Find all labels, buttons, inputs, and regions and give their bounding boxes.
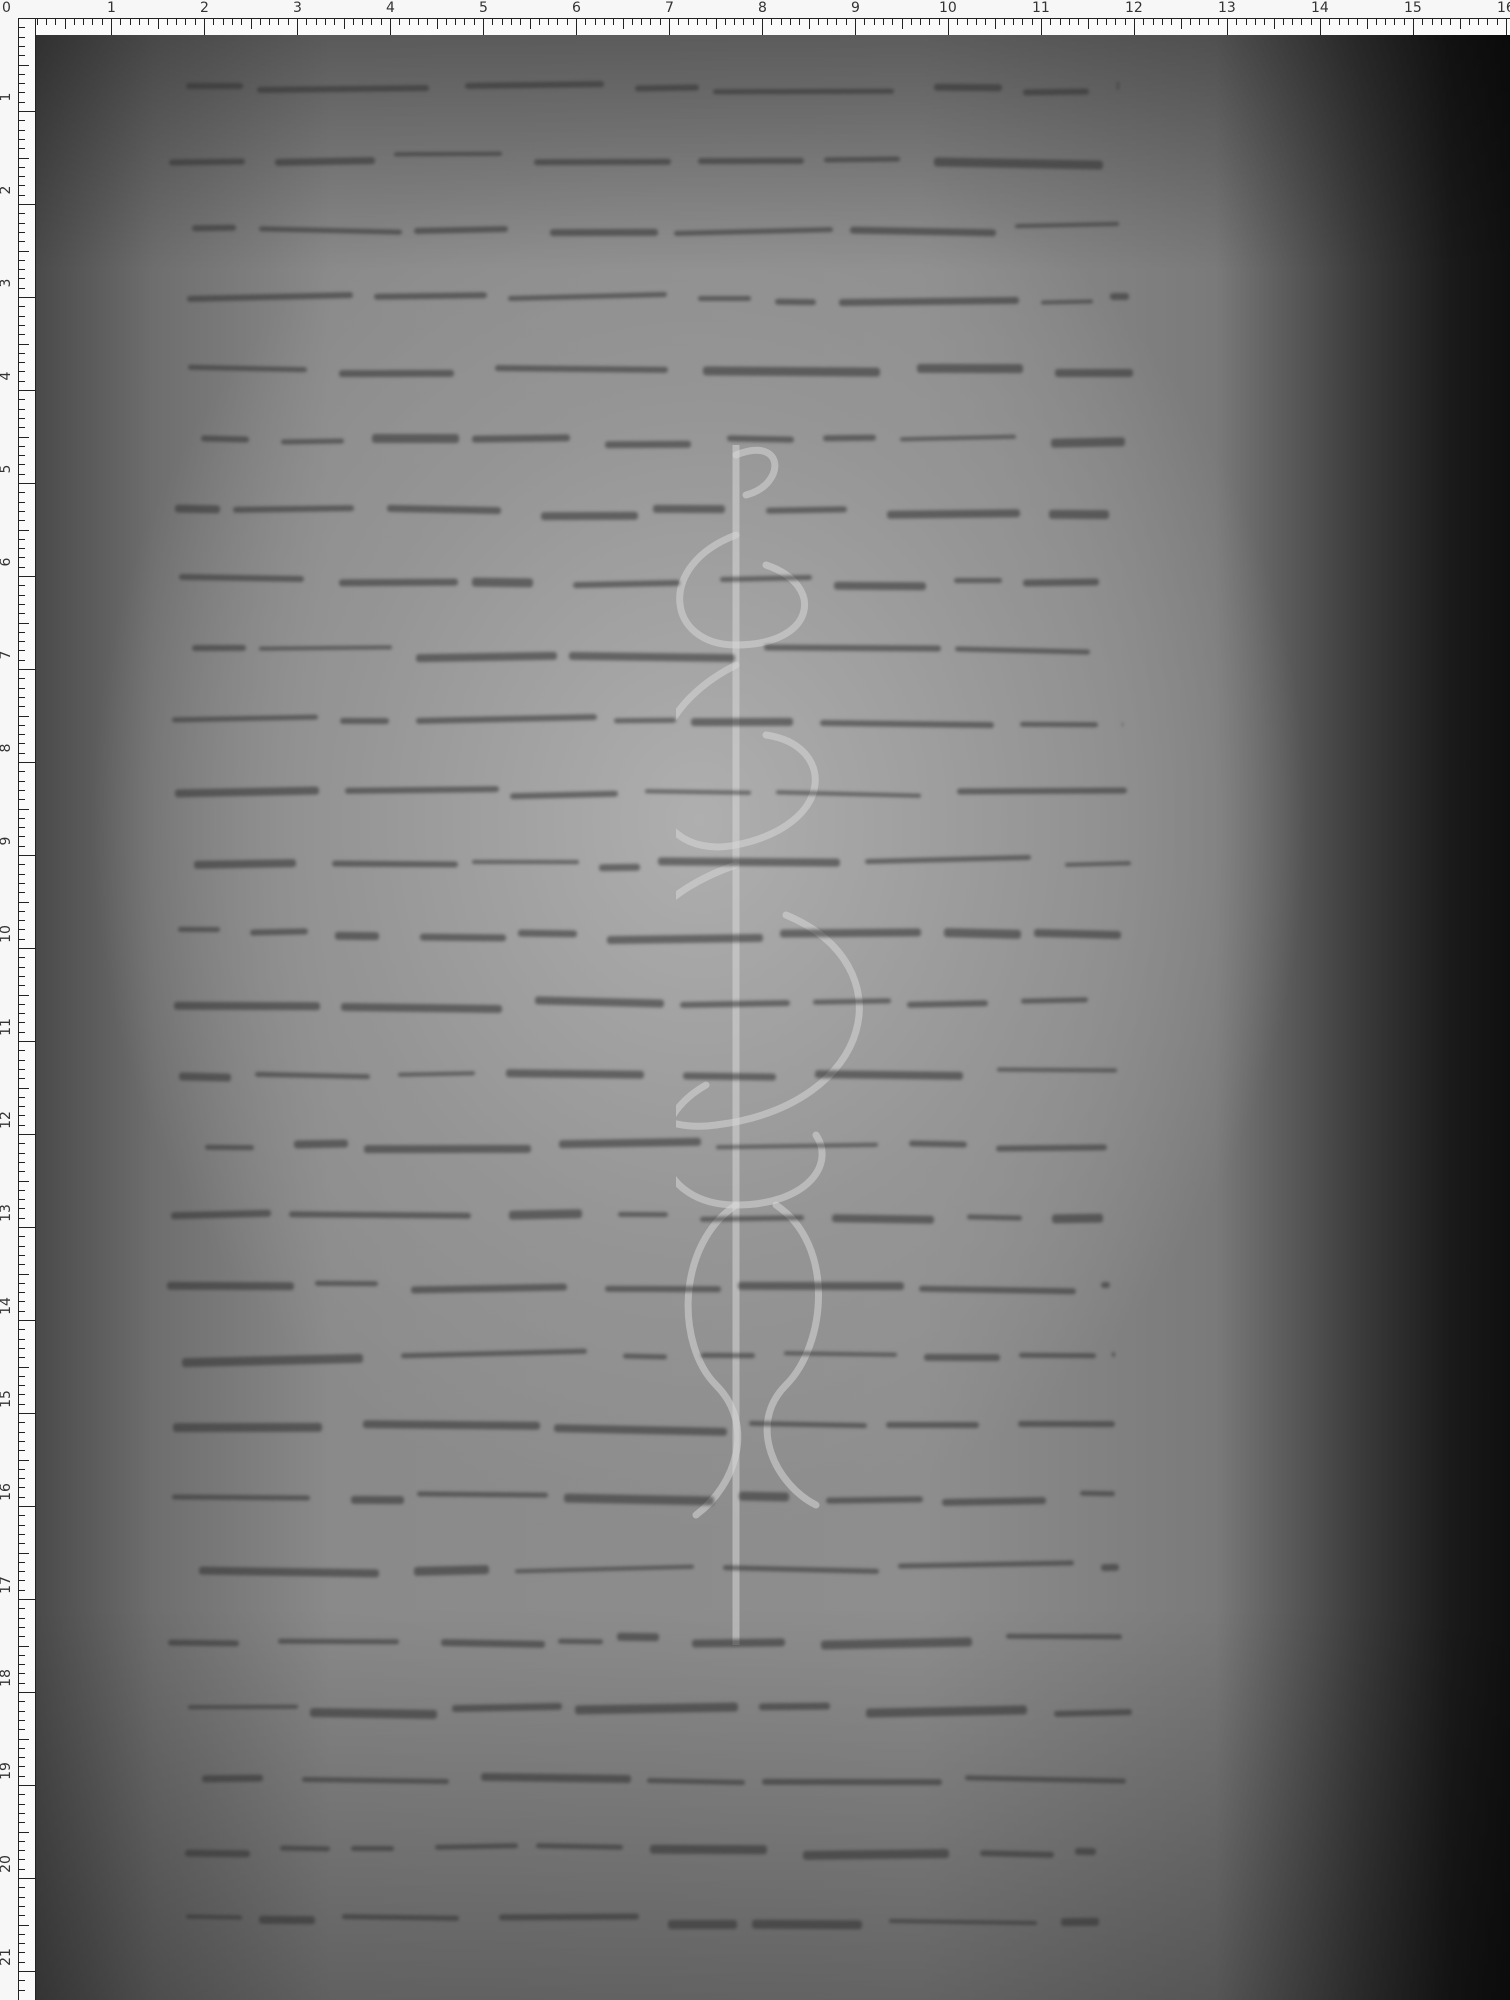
ruler-tick (19, 1181, 29, 1182)
ruler-tick (278, 19, 279, 25)
ruler-tick (19, 1022, 25, 1023)
ruler-tick (19, 1088, 29, 1089)
ruler-tick (19, 437, 29, 438)
ruler-tick (539, 19, 540, 25)
ruler-tick (1348, 19, 1349, 25)
ruler-tick (1199, 19, 1200, 25)
manuscript-scan (36, 35, 1510, 2000)
handwriting-stroke (1034, 928, 1122, 938)
ruler-tick (19, 1711, 25, 1712)
ruler-label: 18 (0, 1666, 14, 1690)
ruler-tick (1134, 19, 1135, 35)
ruler-tick (19, 957, 25, 958)
ruler-tick (19, 1162, 25, 1163)
ruler-tick (19, 1078, 25, 1079)
ruler-tick (232, 19, 233, 25)
ruler-tick (260, 19, 261, 25)
handwriting-stroke (440, 1639, 544, 1648)
handwriting-stroke (934, 84, 1002, 91)
ruler-label: 13 (0, 1201, 14, 1225)
ruler-tick (567, 19, 568, 25)
ruler-tick (1125, 19, 1126, 25)
ruler-label: 3 (0, 271, 14, 295)
ruler-tick (855, 19, 856, 35)
ruler-tick (19, 1339, 25, 1340)
ruler-label: 6 (0, 550, 14, 574)
ruler-tick (19, 176, 25, 177)
ruler-tick (19, 1441, 25, 1442)
ruler-tick (19, 1469, 25, 1470)
ruler-tick (19, 809, 29, 810)
ruler-tick (557, 19, 558, 25)
handwriting-stroke (186, 83, 243, 89)
ruler-tick (1208, 19, 1209, 25)
ruler-tick (19, 297, 35, 298)
ruler-tick (19, 325, 25, 326)
ruler-tick (762, 19, 763, 35)
ruler-label: 16 (0, 1480, 14, 1504)
ruler-tick (362, 19, 363, 25)
ruler-tick (19, 139, 25, 140)
ruler-label: 10 (939, 1, 957, 15)
ruler-tick (19, 1320, 35, 1321)
ruler-tick (474, 19, 475, 25)
ruler-tick (929, 19, 930, 25)
ruler-tick (19, 1246, 25, 1247)
handwriting-stroke (618, 1212, 668, 1217)
handwriting-stroke (698, 158, 804, 165)
handwriting-stroke (169, 158, 245, 165)
ruler-tick (427, 19, 428, 25)
handwriting-stroke (1101, 1564, 1119, 1572)
ruler-tick (19, 929, 25, 930)
ruler-tick (19, 1125, 25, 1126)
ruler-tick (1060, 19, 1061, 25)
ruler-tick (19, 1590, 25, 1591)
ruler-tick (1274, 19, 1275, 29)
handwriting-stroke (1061, 1918, 1099, 1927)
ruler-tick (19, 864, 25, 865)
ruler-tick (799, 19, 800, 25)
ruler-tick (19, 1748, 25, 1749)
ruler-tick (55, 19, 56, 25)
ruler-tick (19, 743, 25, 744)
ruler-tick (1357, 19, 1358, 25)
ruler-tick (344, 19, 345, 29)
ruler-label: 2 (200, 1, 209, 15)
ruler-tick (19, 1487, 25, 1488)
ruler-tick (576, 19, 577, 35)
ruler-tick (976, 19, 977, 25)
ruler-tick (809, 19, 810, 29)
ruler-label: 12 (1125, 1, 1143, 15)
ruler-tick (1032, 19, 1033, 25)
ruler-tick (19, 1571, 25, 1572)
ruler-tick (19, 213, 25, 214)
ruler-tick (464, 19, 465, 25)
handwriting-stroke (278, 1638, 399, 1644)
handwriting-stroke (957, 787, 1127, 794)
ruler-tick (19, 1032, 25, 1033)
ruler-label: 8 (758, 1, 767, 15)
ruler-tick (883, 19, 884, 25)
handwriting-stroke (1101, 1281, 1110, 1287)
ruler-tick (1171, 19, 1172, 25)
ruler-tick (19, 1655, 25, 1656)
ruler-tick (19, 1041, 35, 1042)
ruler-tick (19, 1292, 25, 1293)
ruler-tick (19, 27, 25, 28)
ruler-tick (19, 18, 35, 19)
handwriting-stroke (185, 1850, 250, 1858)
handwriting-stroke (599, 864, 640, 872)
ruler-tick (19, 1208, 25, 1209)
ruler-tick (502, 19, 503, 25)
ruler-tick (19, 985, 25, 986)
handwriting-stroke (954, 578, 1002, 583)
handwriting-stroke (192, 645, 246, 652)
ruler-tick (19, 55, 25, 56)
ruler-tick (716, 19, 717, 29)
handwriting-stroke (472, 577, 533, 586)
ruler-tick (19, 344, 29, 345)
ruler-tick (19, 1478, 25, 1479)
handwriting-stroke (1055, 369, 1133, 377)
ruler-tick (1283, 19, 1284, 25)
ruler-tick (1143, 19, 1144, 25)
ruler-tick (920, 19, 921, 25)
ruler-tick (19, 1990, 25, 1991)
ruler-tick (19, 1887, 25, 1888)
ruler-tick (19, 1274, 29, 1275)
ruler-tick (1246, 19, 1247, 25)
ruler-tick (19, 232, 25, 233)
ruler-tick (19, 1850, 25, 1851)
ruler-tick (19, 1841, 25, 1842)
ruler-tick (19, 725, 25, 726)
ruler-tick (19, 1218, 25, 1219)
ruler-label: 4 (386, 1, 395, 15)
ruler-tick (19, 1646, 29, 1647)
handwriting-stroke (1020, 722, 1098, 728)
ruler-tick (1218, 19, 1219, 25)
ruler-tick (19, 1450, 25, 1451)
ruler-tick (19, 1153, 25, 1154)
ruler-tick (19, 678, 25, 679)
ruler-label: 15 (0, 1387, 14, 1411)
ruler-tick (19, 1134, 35, 1135)
ruler-tick (19, 1673, 25, 1674)
ruler-tick (19, 148, 25, 149)
ruler-label: 14 (0, 1294, 14, 1318)
handwriting-stroke (766, 506, 847, 513)
ruler-tick (650, 19, 651, 25)
ruler-tick (19, 688, 25, 689)
ruler-tick (19, 920, 25, 921)
ruler-tick (19, 1255, 25, 1256)
ruler-tick (19, 1971, 35, 1972)
ruler-label: 5 (0, 457, 14, 481)
ruler-tick (19, 334, 25, 335)
ruler-tick (19, 1897, 25, 1898)
ruler-tick (1181, 19, 1182, 29)
ruler-tick (1478, 19, 1479, 25)
ruler-tick (19, 1497, 25, 1498)
ruler-tick (1190, 19, 1191, 25)
ruler-tick (19, 1580, 25, 1581)
ruler-tick (19, 902, 29, 903)
ruler-tick (19, 1097, 25, 1098)
ruler-tick (19, 111, 35, 112)
ruler-tick (46, 19, 47, 25)
handwriting-stroke (738, 1282, 904, 1290)
handwriting-stroke (280, 1845, 330, 1851)
ruler-tick (19, 1413, 35, 1414)
ruler-tick (1162, 19, 1163, 25)
ruler-tick (19, 1348, 25, 1349)
ruler-tick (19, 511, 25, 512)
ruler-tick (1339, 19, 1340, 25)
ruler-tick (130, 19, 131, 25)
handwriting-stroke (332, 861, 458, 868)
handwriting-stroke (1049, 509, 1109, 518)
handwriting-stroke (703, 367, 880, 377)
ruler-label: 7 (665, 1, 674, 15)
ruler-tick (19, 130, 25, 131)
ruler-tick (1450, 19, 1451, 25)
vertical-ruler (18, 18, 36, 2000)
ruler-tick (19, 1627, 25, 1628)
ruler-tick (19, 241, 25, 242)
handwriting-stroke (420, 934, 506, 942)
ruler-tick (19, 1106, 25, 1107)
ruler-tick (19, 502, 25, 503)
ruler-tick (1292, 19, 1293, 25)
ruler-label: 13 (1218, 1, 1236, 15)
ruler-tick (1487, 19, 1488, 25)
ruler-tick (19, 539, 25, 540)
ruler-tick (19, 790, 25, 791)
ruler-tick (19, 846, 25, 847)
ruler-tick (1413, 19, 1414, 35)
handwriting-stroke (752, 1920, 862, 1930)
ruler-tick (1311, 19, 1312, 25)
ruler-tick (19, 650, 25, 651)
ruler-tick (19, 399, 25, 400)
ruler-tick (19, 1720, 25, 1721)
ruler-tick (19, 1525, 25, 1526)
ruler-tick (19, 781, 25, 782)
ruler-tick (846, 19, 847, 25)
ruler-label: 9 (0, 829, 14, 853)
ruler-tick (223, 19, 224, 25)
ruler-tick (19, 260, 25, 261)
ruler-tick (19, 1329, 25, 1330)
ruler-tick (19, 1543, 25, 1544)
ruler-tick (19, 195, 25, 196)
ruler-tick (446, 19, 447, 25)
ruler-tick (19, 734, 25, 735)
ruler-tick (19, 1925, 29, 1926)
handwriting-stroke (1117, 82, 1119, 90)
ruler-tick (19, 883, 25, 884)
ruler-tick (19, 818, 25, 819)
ruler-tick (781, 19, 782, 25)
ruler-tick (734, 19, 735, 25)
handwriting-stroke (650, 1845, 767, 1854)
ruler-tick (19, 548, 25, 549)
ruler-tick (19, 1906, 25, 1907)
ruler-tick (1422, 19, 1423, 25)
ruler-tick (19, 1357, 25, 1358)
ruler-tick (19, 567, 25, 568)
ruler-label: 17 (0, 1573, 14, 1597)
handwriting-stroke (1051, 437, 1125, 447)
ruler-tick (399, 19, 400, 25)
ruler-tick (102, 19, 103, 25)
ruler-tick (613, 19, 614, 25)
ruler-tick (19, 1701, 25, 1702)
ruler-tick (19, 1739, 29, 1740)
handwriting-stroke (780, 929, 921, 938)
ruler-tick (19, 223, 25, 224)
ruler-tick (743, 19, 744, 25)
handwriting-stroke (823, 434, 876, 441)
ruler-tick (19, 976, 25, 977)
ruler-label: 7 (0, 643, 14, 667)
ruler-label: 3 (293, 1, 302, 15)
ruler-tick (19, 1952, 25, 1953)
ruler-tick (706, 19, 707, 25)
ruler-tick (316, 19, 317, 25)
ruler-tick (158, 19, 159, 29)
ruler-tick (325, 19, 326, 25)
ruler-tick (19, 762, 35, 763)
handwriting-stroke (178, 927, 220, 932)
ruler-tick (19, 1804, 25, 1805)
ruler-tick (19, 836, 25, 837)
ruler-tick (19, 251, 29, 252)
ruler-tick (19, 381, 25, 382)
ruler-tick (19, 1385, 25, 1386)
handwriting-stroke (509, 1209, 582, 1219)
handwriting-stroke (1075, 1848, 1096, 1856)
ruler-tick (19, 892, 25, 893)
handwriting-stroke (506, 1069, 644, 1078)
ruler-tick (19, 1832, 29, 1833)
handwriting-stroke (294, 1140, 349, 1149)
ruler-tick (19, 1878, 35, 1879)
ruler-tick (19, 771, 25, 772)
ruler-tick (19, 604, 25, 605)
ruler-tick (818, 19, 819, 25)
handwriting-stroke (739, 1491, 789, 1501)
watermark-icon (676, 445, 976, 1645)
ruler-tick (19, 1915, 25, 1916)
ruler-tick (213, 19, 214, 25)
ruler-tick (92, 19, 93, 25)
ruler-tick (19, 46, 25, 47)
ruler-tick (19, 530, 29, 531)
ruler-tick (19, 92, 25, 93)
ruler-label: 8 (0, 736, 14, 760)
ruler-tick (19, 1311, 25, 1312)
ruler-tick (19, 1069, 25, 1070)
ruler-tick (19, 204, 35, 205)
ruler-label: 20 (0, 1852, 14, 1876)
ruler-tick (19, 1943, 25, 1944)
ruler-tick (1097, 19, 1098, 25)
ruler-tick (19, 1115, 25, 1116)
ruler-tick (530, 19, 531, 29)
ruler-tick (1376, 19, 1377, 25)
ruler-tick (1013, 19, 1014, 25)
ruler-label: 6 (572, 1, 581, 15)
handwriting-stroke (372, 434, 459, 443)
ruler-tick (864, 19, 865, 25)
handwriting-stroke (202, 1775, 264, 1782)
ruler-tick (19, 1636, 25, 1637)
handwriting-stroke (1019, 1353, 1096, 1359)
ruler-tick (967, 19, 968, 25)
ruler-tick (1394, 19, 1395, 25)
handwriting-stroke (1023, 578, 1099, 586)
ruler-tick (19, 409, 25, 410)
ruler-tick (176, 19, 177, 25)
ruler-tick (19, 371, 25, 372)
ruler-tick (669, 19, 670, 35)
ruler-tick (19, 1785, 35, 1786)
handwriting-stroke (1110, 293, 1129, 300)
ruler-tick (371, 19, 372, 25)
ruler-tick (19, 1683, 25, 1684)
handwriting-stroke (541, 511, 638, 519)
ruler-tick (985, 19, 986, 25)
ruler-tick (19, 492, 25, 493)
ruler-tick (19, 669, 35, 670)
ruler-tick (725, 19, 726, 25)
ruler-tick (19, 464, 25, 465)
ruler-tick (19, 660, 25, 661)
ruler-label: 1 (107, 1, 116, 15)
ruler-tick (790, 19, 791, 25)
ruler-tick (19, 585, 25, 586)
ruler-tick (1236, 19, 1237, 25)
ruler-tick (19, 1227, 35, 1228)
ruler-tick (19, 120, 25, 121)
ruler-tick (1404, 19, 1405, 25)
ruler-tick (19, 613, 25, 614)
ruler-tick (19, 1869, 25, 1870)
handwriting-stroke (605, 441, 691, 448)
ruler-tick (19, 632, 25, 633)
ruler-tick (1432, 19, 1433, 25)
ruler-origin-label: 0 (2, 1, 11, 15)
handwriting-stroke (762, 1779, 942, 1785)
ruler-tick (19, 1608, 25, 1609)
ruler-tick (19, 1515, 25, 1516)
ruler-tick (19, 1794, 25, 1795)
ruler-tick (1115, 19, 1116, 25)
ruler-tick (19, 316, 25, 317)
ruler-tick (19, 641, 25, 642)
ruler-tick (1460, 19, 1461, 29)
ruler-tick (19, 483, 35, 484)
ruler-tick (19, 1143, 25, 1144)
ruler-tick (167, 19, 168, 25)
handwriting-stroke (996, 1144, 1107, 1151)
ruler-tick (19, 1376, 25, 1377)
